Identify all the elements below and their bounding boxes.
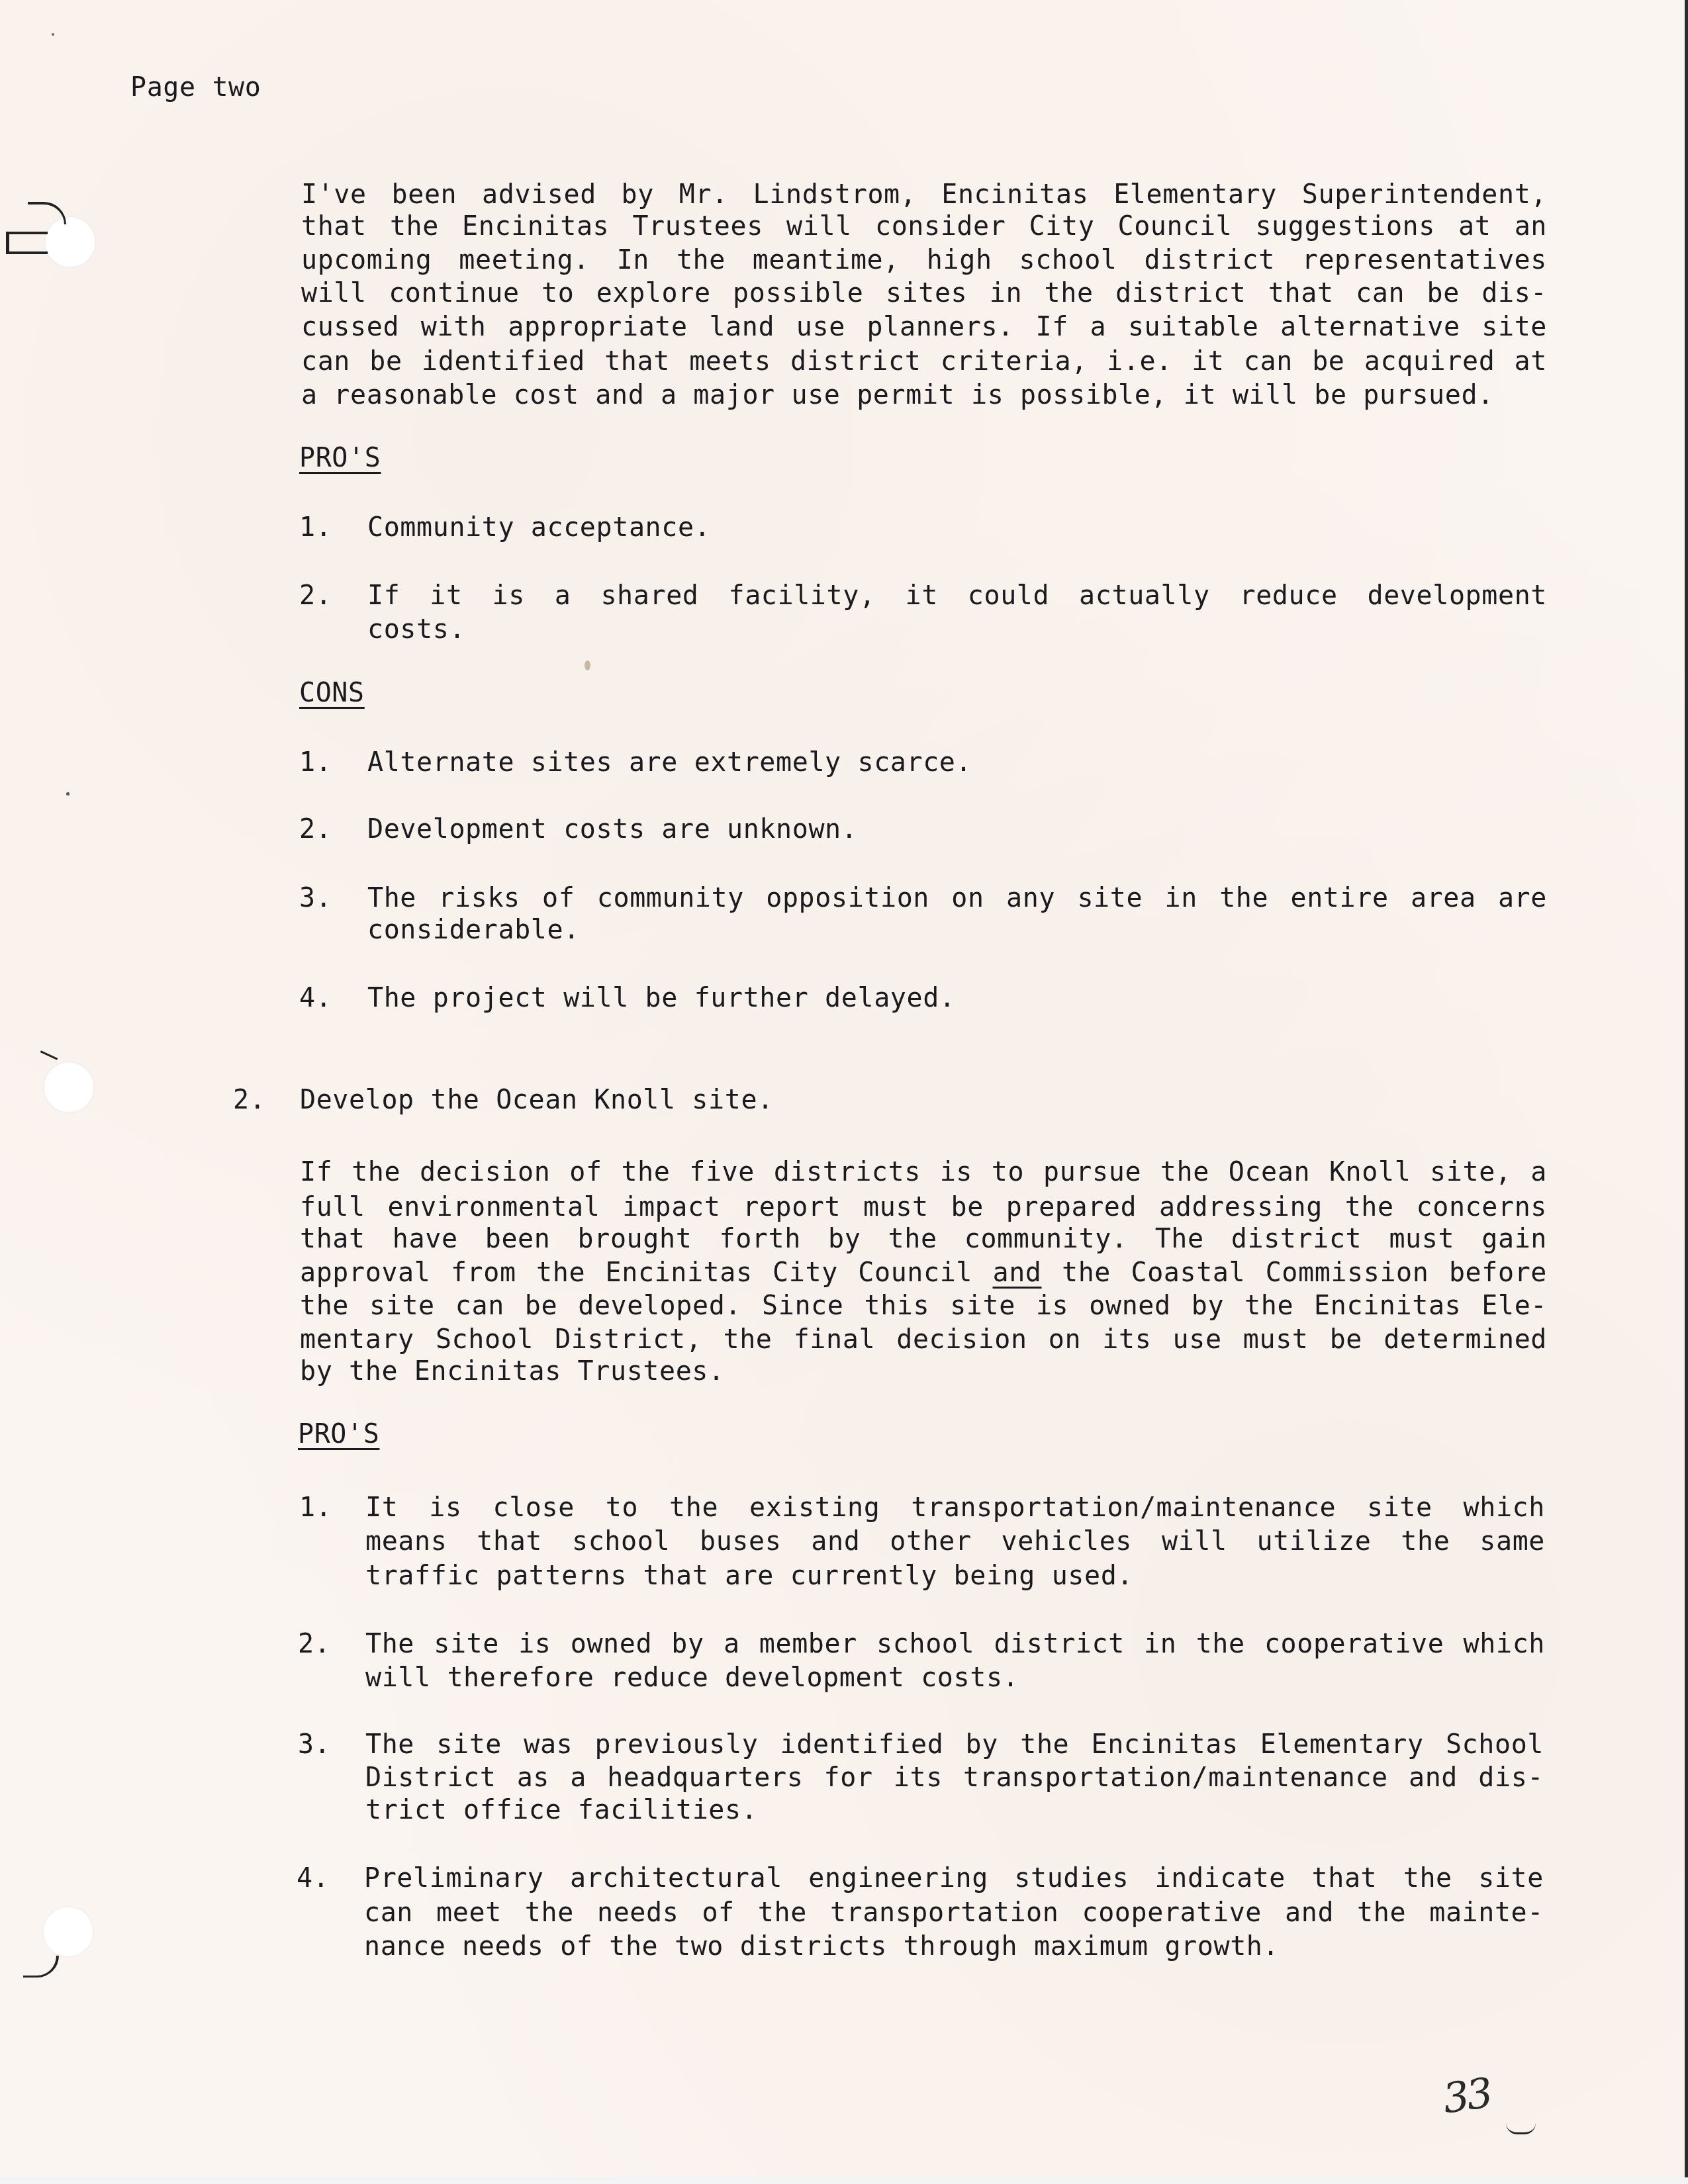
paper-speck [66, 792, 70, 796]
document-page: Page two I've been advised by Mr. Lindst… [0, 0, 1685, 2177]
paragraph-line: I've been advised by Mr. Lindstrom, Enci… [301, 179, 1547, 210]
paragraph-text: approval from the Encinitas City Council [300, 1257, 992, 1288]
pen-mark-arc-top [28, 202, 66, 224]
list-item-text: If it is a shared facility, it could act… [367, 580, 1547, 612]
paragraph-line: that the Encinitas Trustees will conside… [301, 210, 1547, 242]
pros-heading: PRO'S [299, 442, 381, 474]
punch-hole-middle [43, 1062, 95, 1113]
scan-edge-right [1685, 0, 1688, 2177]
list-item-text: Preliminary architectural engineering st… [364, 1862, 1544, 1894]
paragraph-line: If the decision of the five districts is… [300, 1156, 1547, 1188]
paragraph-line: that have been brought forth by the comm… [300, 1223, 1547, 1255]
list-item-number: 2. [299, 580, 332, 612]
paragraph-line: the site can be developed. Since this si… [300, 1290, 1547, 1322]
paragraph-line: cussed with appropriate land use planner… [301, 311, 1547, 343]
list-item-text: Alternate sites are extremely scarce. [367, 747, 972, 778]
paragraph-line: by the Encinitas Trustees. [300, 1355, 725, 1387]
paragraph-line: upcoming meeting. In the meantime, high … [301, 244, 1547, 276]
list-item-number: 3. [299, 882, 332, 914]
paragraph-line: a reasonable cost and a major use permit… [301, 379, 1494, 411]
list-item-text: The project will be further delayed. [367, 982, 956, 1014]
list-item-text: Development costs are unknown. [367, 813, 857, 845]
pen-mark-tick-middle [40, 1050, 58, 1060]
emphasized-word: and [992, 1257, 1041, 1288]
paper-speck [585, 660, 590, 670]
list-item-text: considerable. [367, 914, 580, 946]
list-item-number: 3. [298, 1729, 330, 1760]
list-item-text: The risks of community opposition on any… [367, 882, 1547, 914]
list-item-text: nance needs of the two districts through… [364, 1931, 1279, 1962]
paragraph-line: full environmental impact report must be… [300, 1191, 1547, 1223]
list-item-number: 2. [299, 813, 332, 845]
list-item-number: 1. [299, 747, 332, 778]
cons-heading: CONS [299, 677, 365, 709]
option-title: Develop the Ocean Knoll site. [300, 1084, 774, 1116]
list-item-text: trict office facilities. [365, 1794, 757, 1826]
list-item-text: traffic patterns that are currently bein… [365, 1560, 1133, 1592]
pros-heading: PRO'S [298, 1418, 379, 1450]
list-item-number: 1. [299, 1492, 332, 1524]
paragraph-line: approval from the Encinitas City Council… [300, 1257, 1547, 1289]
punch-hole-bottom [42, 1906, 94, 1958]
list-item-text: will therefore reduce development costs. [365, 1662, 1019, 1694]
list-item-text: can meet the needs of the transportation… [364, 1897, 1544, 1929]
handwritten-squiggle [1506, 2123, 1536, 2134]
paper-speck [52, 33, 54, 36]
list-item-text: The site is owned by a member school dis… [365, 1628, 1545, 1660]
paragraph-line: mentary School District, the final decis… [300, 1324, 1547, 1355]
page-label: Page two [130, 71, 261, 103]
paragraph-line: will continue to explore possible sites … [301, 277, 1547, 309]
pen-mark-curve-bottom [23, 1956, 59, 1978]
scan-edge-bottom [0, 2177, 1688, 2184]
list-item-number: 4. [299, 982, 332, 1014]
list-item-number: 1. [299, 512, 332, 543]
list-item-text: means that school buses and other vehicl… [365, 1525, 1545, 1557]
paragraph-line: can be identified that meets district cr… [301, 345, 1547, 377]
list-item-number: 2. [298, 1628, 330, 1660]
list-item-text: District as a headquarters for its trans… [365, 1762, 1544, 1794]
list-item-text: costs. [367, 614, 465, 645]
list-item-text: It is close to the existing transportati… [365, 1492, 1545, 1524]
list-item-number: 4. [297, 1862, 329, 1894]
pen-mark-box [6, 232, 48, 254]
list-item-text: The site was previously identified by th… [365, 1729, 1544, 1760]
option-number: 2. [233, 1084, 265, 1116]
list-item-text: Community acceptance. [367, 512, 710, 543]
paragraph-text: the Coastal Commission before [1062, 1257, 1547, 1288]
handwritten-page-number: 33 [1440, 2068, 1493, 2122]
